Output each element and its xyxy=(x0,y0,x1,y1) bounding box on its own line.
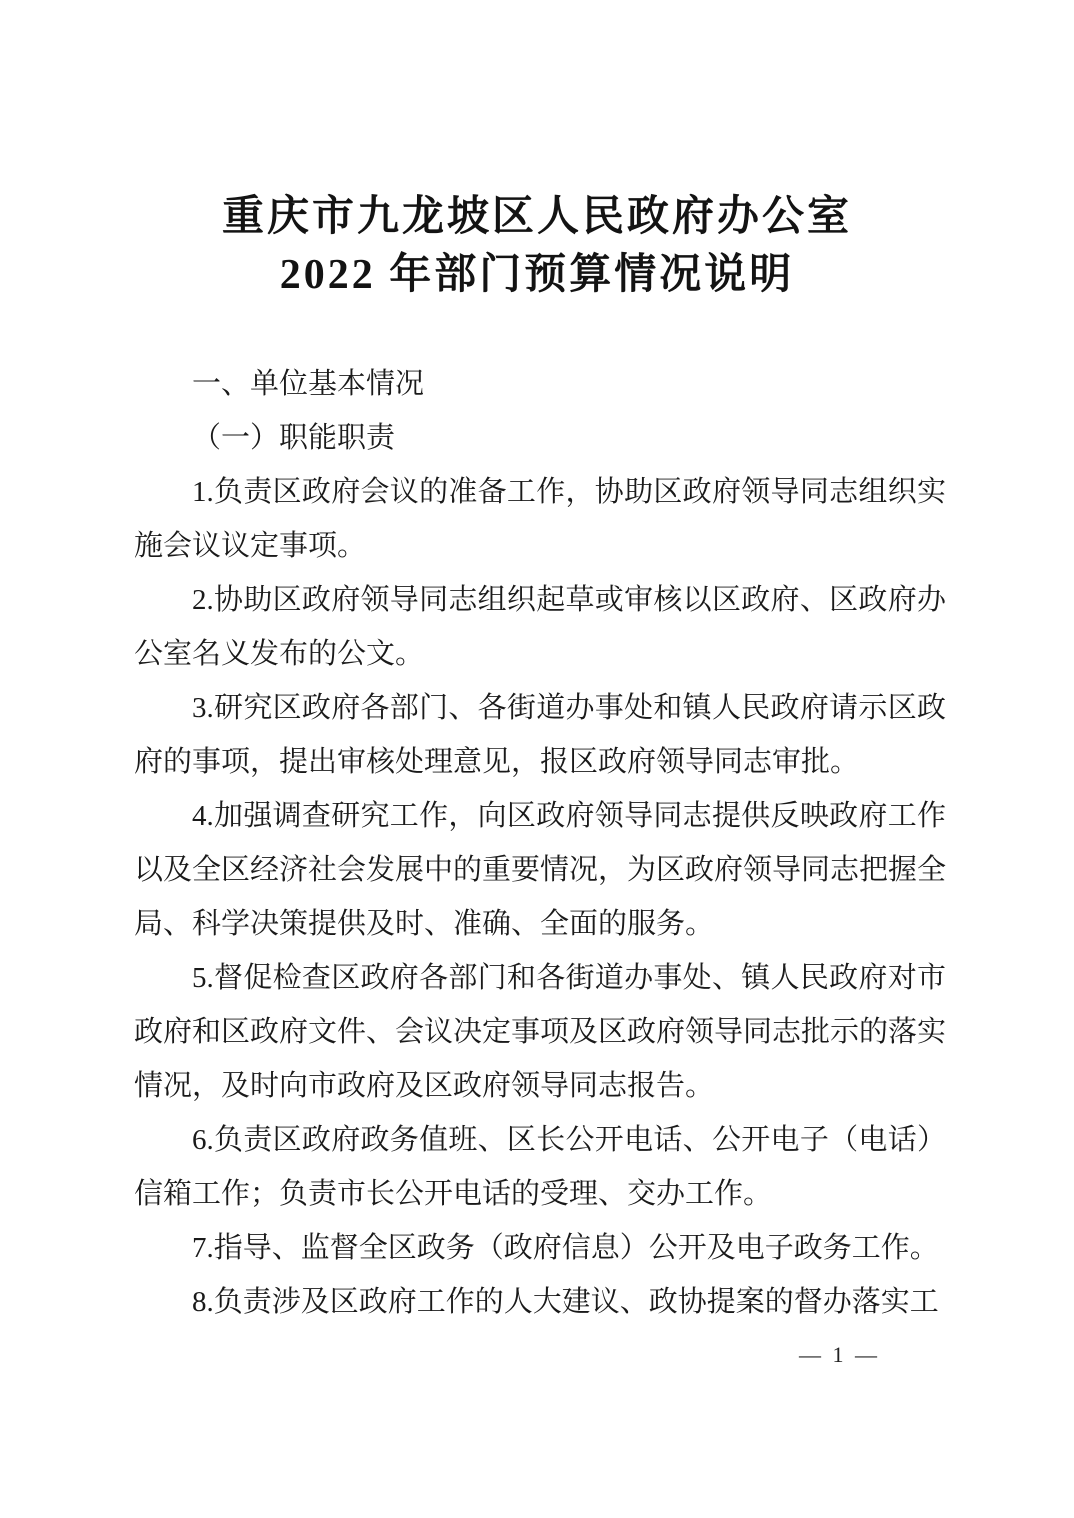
paragraph-7: 7.指导、监督全区政务（政府信息）公开及电子政务工作。 xyxy=(134,1221,946,1275)
paragraph-5: 5.督促检查区政府各部门和各街道办事处、镇人民政府对市政府和区政府文件、会议决定… xyxy=(134,951,946,1113)
paragraph-2: 2.协助区政府领导同志组织起草或审核以区政府、区政府办公室名义发布的公文。 xyxy=(134,573,946,681)
page-number: — 1 — xyxy=(0,1341,880,1369)
section-heading: 一、单位基本情况 xyxy=(134,357,946,411)
page-number-text: — 1 — xyxy=(799,1342,880,1367)
document-page: 重庆市九龙坡区人民政府办公室 2022 年部门预算情况说明 一、单位基本情况 （… xyxy=(0,0,1074,1518)
title-line-2: 2022 年部门预算情况说明 xyxy=(0,246,1074,304)
paragraph-3: 3.研究区政府各部门、各街道办事处和镇人民政府请示区政府的事项，提出审核处理意见… xyxy=(134,681,946,789)
paragraph-4: 4.加强调查研究工作，向区政府领导同志提供反映政府工作以及全区经济社会发展中的重… xyxy=(134,789,946,951)
document-title: 重庆市九龙坡区人民政府办公室 2022 年部门预算情况说明 xyxy=(0,188,1074,304)
paragraph-8: 8.负责涉及区政府工作的人大建议、政协提案的督办落实工 xyxy=(134,1275,946,1329)
paragraph-6: 6.负责区政府政务值班、区长公开电话、公开电子（电话）信箱工作；负责市长公开电话… xyxy=(134,1113,946,1221)
paragraph-1: 1.负责区政府会议的准备工作，协助区政府领导同志组织实施会议议定事项。 xyxy=(134,465,946,573)
subsection-heading: （一）职能职责 xyxy=(134,411,946,465)
document-body: 一、单位基本情况 （一）职能职责 1.负责区政府会议的准备工作，协助区政府领导同… xyxy=(134,357,946,1329)
title-line-1: 重庆市九龙坡区人民政府办公室 xyxy=(0,188,1074,246)
